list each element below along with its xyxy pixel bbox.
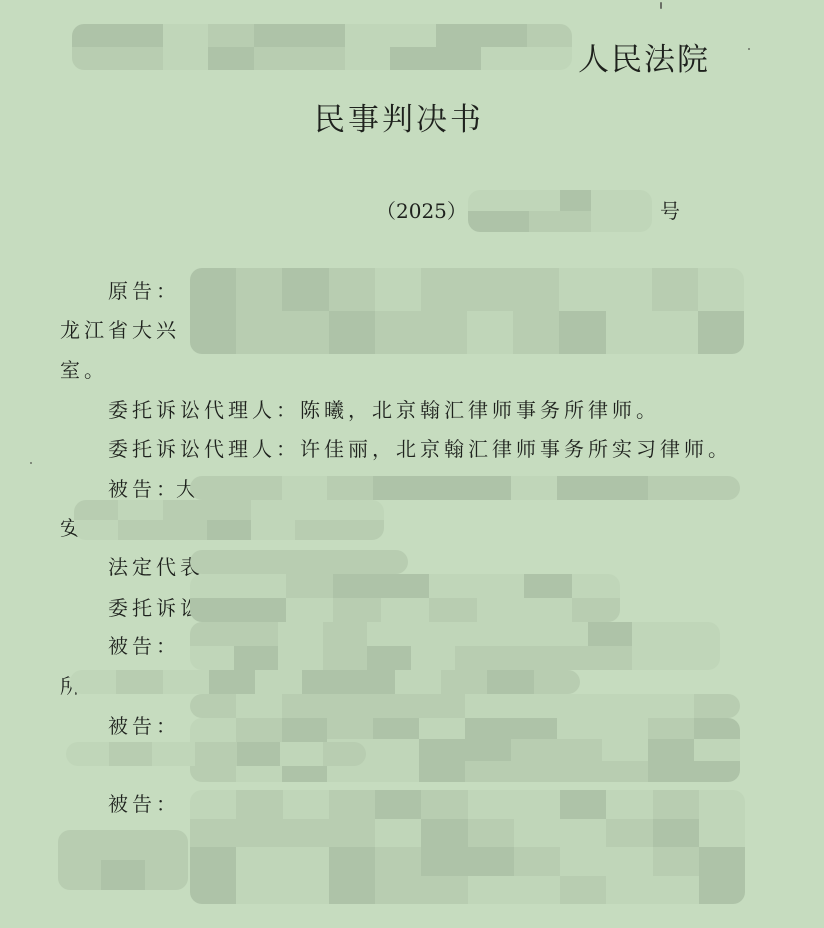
mosaic-tile xyxy=(236,847,282,876)
mosaic-tile xyxy=(152,742,195,766)
redacted-defendant-1-name xyxy=(190,476,740,500)
mosaic-tile xyxy=(648,694,694,718)
mosaic-tile xyxy=(560,790,606,819)
mosaic-tile xyxy=(560,190,591,211)
mosaic-tile xyxy=(621,190,652,211)
mosaic-tile xyxy=(419,718,465,739)
mosaic-tile xyxy=(234,622,278,646)
mosaic-tile xyxy=(694,718,740,739)
mosaic-tile xyxy=(513,311,559,354)
mosaic-tile xyxy=(209,670,255,694)
defendant-1-label: 被告： xyxy=(108,473,180,502)
mosaic-tile xyxy=(109,742,152,766)
mosaic-tile xyxy=(468,790,514,819)
mosaic-tile xyxy=(282,268,328,311)
mosaic-tile xyxy=(323,646,367,670)
mosaic-tile xyxy=(527,24,572,47)
mosaic-tile xyxy=(421,268,467,311)
mosaic-tile xyxy=(208,47,253,70)
mosaic-tile xyxy=(419,476,465,500)
mosaic-tile xyxy=(373,718,419,739)
mosaic-tile xyxy=(367,646,411,670)
redacted-defendant-2-name xyxy=(190,622,720,670)
mosaic-tile xyxy=(58,830,101,860)
mosaic-tile xyxy=(468,190,499,211)
mosaic-tile xyxy=(145,860,188,890)
mosaic-tile xyxy=(557,694,603,718)
mosaic-tile xyxy=(72,47,117,70)
mosaic-tile xyxy=(283,847,329,876)
mosaic-tile xyxy=(467,311,513,354)
mosaic-tile xyxy=(481,47,526,70)
mosaic-tile xyxy=(429,598,477,622)
mosaic-tile xyxy=(560,211,591,232)
mosaic-tile xyxy=(282,718,328,739)
document-title: 民事判决书 xyxy=(314,94,484,139)
mosaic-tile xyxy=(70,670,116,694)
mosaic-tile xyxy=(411,622,455,646)
mosaic-tile xyxy=(560,847,606,876)
mosaic-tile xyxy=(280,742,323,766)
case-number-prefix: （2025） xyxy=(376,195,467,224)
mosaic-tile xyxy=(699,790,745,819)
mosaic-tile xyxy=(653,819,699,848)
mosaic-tile xyxy=(286,598,334,622)
mosaic-tile xyxy=(236,819,282,848)
mosaic-tile xyxy=(477,598,525,622)
mosaic-tile xyxy=(101,830,144,860)
mosaic-tile xyxy=(163,670,209,694)
mosaic-tile xyxy=(236,268,282,311)
mosaic-tile xyxy=(529,190,560,211)
mosaic-tile xyxy=(524,598,572,622)
agent-1-value: 陈曦，北京翰汇律师事务所律师。 xyxy=(300,398,660,422)
mosaic-tile xyxy=(190,574,238,598)
mosaic-tile xyxy=(468,876,514,905)
mosaic-tile xyxy=(190,622,234,646)
mosaic-tile xyxy=(511,739,557,760)
mosaic-tile xyxy=(283,819,329,848)
mosaic-tile xyxy=(237,742,280,766)
mosaic-tile xyxy=(468,819,514,848)
redacted-defendant-3-address xyxy=(66,742,366,766)
mosaic-tile xyxy=(652,268,698,311)
mosaic-tile xyxy=(572,574,620,598)
mosaic-tile xyxy=(190,819,236,848)
mosaic-tile xyxy=(588,646,632,670)
mosaic-tile xyxy=(190,598,238,622)
mosaic-tile xyxy=(390,24,435,47)
case-number-suffix: 号 xyxy=(660,195,680,224)
mosaic-tile xyxy=(455,622,499,646)
redacted-defendant-1-address xyxy=(74,500,384,540)
redacted-case-number xyxy=(468,190,652,232)
mosaic-tile xyxy=(375,847,421,876)
mosaic-tile xyxy=(321,550,365,574)
mosaic-tile xyxy=(557,739,603,760)
mosaic-tile xyxy=(251,500,295,520)
mosaic-tile xyxy=(278,622,322,646)
mosaic-tile xyxy=(190,790,236,819)
mosaic-tile xyxy=(499,211,530,232)
mosaic-tile xyxy=(557,718,603,739)
mosaic-tile xyxy=(375,876,421,905)
mosaic-tile xyxy=(286,574,334,598)
mosaic-tile xyxy=(190,550,234,574)
mosaic-tile xyxy=(557,761,603,782)
mosaic-tile xyxy=(254,47,299,70)
mosaic-tile xyxy=(74,500,118,520)
mosaic-tile xyxy=(436,24,481,47)
mosaic-tile xyxy=(606,268,652,311)
mosaic-tile xyxy=(118,520,162,540)
mosaic-tile xyxy=(499,646,543,670)
mosaic-tile xyxy=(698,268,744,311)
mosaic-tile xyxy=(602,718,648,739)
mosaic-tile xyxy=(421,819,467,848)
redacted-defendant-4-info xyxy=(190,790,745,904)
mosaic-tile xyxy=(58,860,101,890)
mosaic-tile xyxy=(511,761,557,782)
mosaic-tile xyxy=(277,550,321,574)
mosaic-tile xyxy=(381,598,429,622)
mosaic-tile xyxy=(572,598,620,622)
mosaic-tile xyxy=(282,311,328,354)
mosaic-tile xyxy=(282,476,328,500)
mosaic-tile xyxy=(375,790,421,819)
mosaic-tile xyxy=(606,311,652,354)
mosaic-tile xyxy=(66,742,109,766)
plaintiff-address-start: 龙江省大兴 xyxy=(60,314,180,343)
mosaic-tile xyxy=(190,876,236,905)
mosaic-tile xyxy=(327,476,373,500)
agent-2: 委托诉讼代理人：许佳丽，北京翰汇律师事务所实习律师。 xyxy=(108,433,732,462)
mosaic-tile xyxy=(323,622,367,646)
mosaic-tile xyxy=(653,790,699,819)
mosaic-tile xyxy=(529,211,560,232)
mosaic-tile xyxy=(299,47,344,70)
mosaic-tile xyxy=(345,24,390,47)
mosaic-tile xyxy=(236,718,282,739)
mosaic-tile xyxy=(699,819,745,848)
mosaic-tile xyxy=(190,476,236,500)
mosaic-tile xyxy=(419,739,465,760)
mosaic-tile xyxy=(419,694,465,718)
mosaic-tile xyxy=(694,476,740,500)
mosaic-tile xyxy=(329,790,375,819)
mosaic-tile xyxy=(514,790,560,819)
mosaic-tile xyxy=(487,670,533,694)
mosaic-tile xyxy=(163,520,207,540)
mosaic-tile xyxy=(588,622,632,646)
mosaic-tile xyxy=(373,694,419,718)
mosaic-tile xyxy=(602,476,648,500)
mosaic-tile xyxy=(190,694,236,718)
mosaic-tile xyxy=(74,520,118,540)
mosaic-tile xyxy=(559,268,605,311)
defendant-2-label: 被告： xyxy=(108,630,180,659)
mosaic-tile xyxy=(340,520,384,540)
mosaic-tile xyxy=(621,211,652,232)
mosaic-tile xyxy=(329,876,375,905)
mosaic-tile xyxy=(606,847,652,876)
mosaic-tile xyxy=(527,47,572,70)
mosaic-tile xyxy=(254,24,299,47)
mosaic-tile xyxy=(195,742,238,766)
mosaic-tile xyxy=(375,268,421,311)
mosaic-tile xyxy=(190,847,236,876)
mosaic-tile xyxy=(251,520,295,540)
redacted-defendant-agent xyxy=(190,574,620,622)
mosaic-tile xyxy=(327,694,373,718)
agent-1-label: 委托诉讼代理人： xyxy=(108,398,300,422)
mosaic-tile xyxy=(676,646,720,670)
mosaic-tile xyxy=(421,876,467,905)
mosaic-tile xyxy=(367,622,411,646)
mosaic-tile xyxy=(72,24,117,47)
mosaic-tile xyxy=(429,574,477,598)
mosaic-tile xyxy=(465,718,511,739)
mosaic-tile xyxy=(236,876,282,905)
defendant-4-label: 被告： xyxy=(108,788,180,817)
mosaic-tile xyxy=(419,761,465,782)
mosaic-tile xyxy=(559,311,605,354)
mosaic-tile xyxy=(602,739,648,760)
mosaic-tile xyxy=(348,670,394,694)
agent-2-value: 许佳丽，北京翰汇律师事务所实习律师。 xyxy=(300,437,732,461)
mosaic-tile xyxy=(676,622,720,646)
mosaic-tile xyxy=(163,500,207,520)
mosaic-tile xyxy=(101,860,144,890)
mosaic-tile xyxy=(511,694,557,718)
mosaic-tile xyxy=(329,311,375,354)
mosaic-tile xyxy=(699,876,745,905)
mosaic-tile xyxy=(329,819,375,848)
mosaic-tile xyxy=(436,47,481,70)
mosaic-tile xyxy=(190,311,236,354)
mosaic-tile xyxy=(323,742,366,766)
mosaic-tile xyxy=(653,876,699,905)
mosaic-tile xyxy=(283,876,329,905)
mosaic-tile xyxy=(543,646,587,670)
redacted-defendant-2-address xyxy=(70,670,580,694)
mosaic-tile xyxy=(190,268,236,311)
plaintiff-label: 原告： xyxy=(108,275,180,304)
mosaic-tile xyxy=(591,211,622,232)
mosaic-tile xyxy=(465,761,511,782)
mosaic-tile xyxy=(207,500,251,520)
defendant-3-label: 被告： xyxy=(108,710,180,739)
mosaic-tile xyxy=(648,761,694,782)
mosaic-tile xyxy=(299,24,344,47)
mosaic-tile xyxy=(421,847,467,876)
mosaic-tile xyxy=(373,739,419,760)
mosaic-tile xyxy=(236,694,282,718)
mosaic-tile xyxy=(411,646,455,670)
mosaic-tile xyxy=(238,574,286,598)
mosaic-tile xyxy=(236,476,282,500)
mosaic-tile xyxy=(236,311,282,354)
mosaic-tile xyxy=(606,790,652,819)
mosaic-tile xyxy=(190,718,236,739)
mosaic-tile xyxy=(333,574,381,598)
mosaic-tile xyxy=(207,520,251,540)
mosaic-tile xyxy=(602,694,648,718)
mosaic-tile xyxy=(373,761,419,782)
mosaic-tile xyxy=(652,311,698,354)
mosaic-tile xyxy=(465,739,511,760)
mosaic-tile xyxy=(238,598,286,622)
mosaic-tile xyxy=(118,500,162,520)
mosaic-tile xyxy=(534,670,580,694)
mosaic-tile xyxy=(543,622,587,646)
redacted-defendant-4-address xyxy=(58,830,188,890)
mosaic-tile xyxy=(441,670,487,694)
scan-speck xyxy=(660,2,662,9)
mosaic-tile xyxy=(234,550,278,574)
mosaic-tile xyxy=(468,211,499,232)
mosaic-tile xyxy=(560,819,606,848)
mosaic-tile xyxy=(234,646,278,670)
scan-speck xyxy=(748,48,750,50)
mosaic-tile xyxy=(481,24,526,47)
mosaic-tile xyxy=(694,739,740,760)
mosaic-tile xyxy=(514,876,560,905)
mosaic-tile xyxy=(602,761,648,782)
mosaic-tile xyxy=(514,847,560,876)
mosaic-tile xyxy=(421,790,467,819)
mosaic-tile xyxy=(648,476,694,500)
mosaic-tile xyxy=(606,876,652,905)
mosaic-tile xyxy=(455,646,499,670)
mosaic-tile xyxy=(557,476,603,500)
mosaic-tile xyxy=(163,24,208,47)
mosaic-tile xyxy=(632,646,676,670)
mosaic-tile xyxy=(648,718,694,739)
mosaic-tile xyxy=(283,790,329,819)
redacted-legal-rep xyxy=(190,550,408,574)
mosaic-tile xyxy=(606,819,652,848)
mosaic-tile xyxy=(465,694,511,718)
mosaic-tile xyxy=(465,476,511,500)
mosaic-tile xyxy=(327,718,373,739)
mosaic-tile xyxy=(117,24,162,47)
mosaic-tile xyxy=(302,670,348,694)
scan-speck xyxy=(30,462,32,464)
mosaic-tile xyxy=(116,670,162,694)
mosaic-tile xyxy=(694,761,740,782)
mosaic-tile xyxy=(699,847,745,876)
plaintiff-address-end: 室。 xyxy=(60,354,108,383)
mosaic-tile xyxy=(373,476,419,500)
mosaic-tile xyxy=(477,574,525,598)
mosaic-tile xyxy=(364,550,408,574)
mosaic-tile xyxy=(421,311,467,354)
mosaic-tile xyxy=(499,190,530,211)
mosaic-tile xyxy=(653,847,699,876)
redacted-plaintiff-info xyxy=(190,268,744,354)
mosaic-tile xyxy=(329,847,375,876)
mosaic-tile xyxy=(145,830,188,860)
mosaic-tile xyxy=(648,739,694,760)
mosaic-tile xyxy=(467,268,513,311)
mosaic-tile xyxy=(632,622,676,646)
mosaic-tile xyxy=(513,268,559,311)
mosaic-tile xyxy=(375,819,421,848)
mosaic-tile xyxy=(295,500,339,520)
mosaic-tile xyxy=(163,47,208,70)
mosaic-tile xyxy=(190,646,234,670)
mosaic-tile xyxy=(333,598,381,622)
agent-2-label: 委托诉讼代理人： xyxy=(108,437,300,461)
mosaic-tile xyxy=(345,47,390,70)
mosaic-tile xyxy=(329,268,375,311)
mosaic-tile xyxy=(340,500,384,520)
mosaic-tile xyxy=(255,670,301,694)
mosaic-tile xyxy=(591,190,622,211)
mosaic-tile xyxy=(282,694,328,718)
mosaic-tile xyxy=(295,520,339,540)
mosaic-tile xyxy=(560,876,606,905)
mosaic-tile xyxy=(468,847,514,876)
redacted-court-name xyxy=(72,24,572,70)
mosaic-tile xyxy=(499,622,543,646)
mosaic-tile xyxy=(381,574,429,598)
mosaic-tile xyxy=(694,694,740,718)
mosaic-tile xyxy=(236,790,282,819)
mosaic-tile xyxy=(278,646,322,670)
mosaic-tile xyxy=(375,311,421,354)
mosaic-tile xyxy=(395,670,441,694)
redacted-defendant-2-detail xyxy=(190,694,740,718)
mosaic-tile xyxy=(524,574,572,598)
mosaic-tile xyxy=(511,476,557,500)
mosaic-tile xyxy=(514,819,560,848)
mosaic-tile xyxy=(117,47,162,70)
mosaic-tile xyxy=(208,24,253,47)
mosaic-tile xyxy=(511,718,557,739)
court-name-suffix: 人民法院 xyxy=(578,34,710,79)
mosaic-tile xyxy=(698,311,744,354)
agent-1: 委托诉讼代理人：陈曦，北京翰汇律师事务所律师。 xyxy=(108,394,660,423)
mosaic-tile xyxy=(390,47,435,70)
